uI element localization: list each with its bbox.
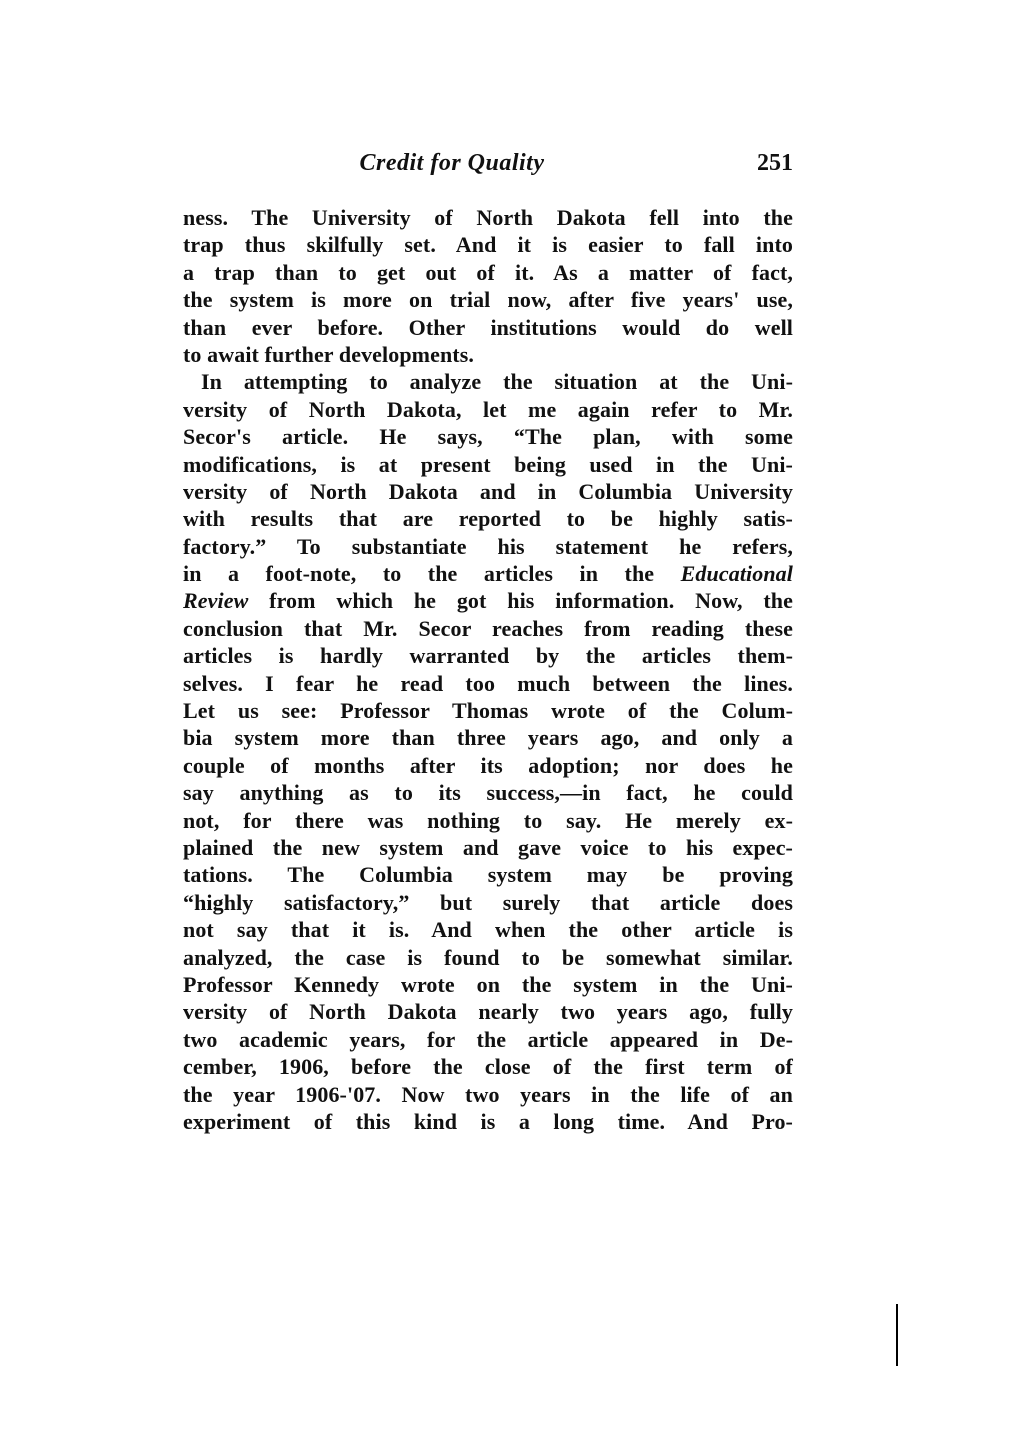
text-run: from which he got his information. Now, … — [248, 588, 793, 613]
text-line: articles is hardly warranted by the arti… — [183, 642, 793, 669]
text-line: than ever before. Other institutions wou… — [183, 314, 793, 341]
text-line: not, for there was nothing to say. He me… — [183, 807, 793, 834]
text-line: conclusion that Mr. Secor reaches from r… — [183, 615, 793, 642]
italic-title: Educational — [681, 561, 793, 586]
text-line: Let us see: Professor Thomas wrote of th… — [183, 697, 793, 724]
text-line: Professor Kennedy wrote on the system in… — [183, 971, 793, 998]
body-text: ness. The University of North Dakota fel… — [183, 204, 793, 1135]
text-run: in a foot-note, to the articles in the — [183, 561, 681, 586]
text-line: versity of North Dakota and in Columbia … — [183, 478, 793, 505]
text-line: versity of North Dakota, let me again re… — [183, 396, 793, 423]
book-page: Credit for Quality 251 ness. The Univers… — [0, 0, 1010, 1454]
text-line: tations. The Columbia system may be prov… — [183, 861, 793, 888]
text-line: two academic years, for the article appe… — [183, 1026, 793, 1053]
running-title: Credit for Quality — [147, 146, 757, 180]
text-line: versity of North Dakota nearly two years… — [183, 998, 793, 1025]
text-line: ness. The University of North Dakota fel… — [183, 204, 793, 231]
text-line: trap thus skilfully set. And it is easie… — [183, 231, 793, 258]
text-line: couple of months after its adoption; nor… — [183, 752, 793, 779]
text-line: selves. I fear he read too much between … — [183, 670, 793, 697]
text-line: with results that are reported to be hig… — [183, 505, 793, 532]
text-line: analyzed, the case is found to be somewh… — [183, 944, 793, 971]
text-line: say anything as to its success,—in fact,… — [183, 779, 793, 806]
margin-rule — [896, 1304, 898, 1366]
text-line: “highly satisfactory,” but surely that a… — [183, 889, 793, 916]
text-line: plained the new system and gave voice to… — [183, 834, 793, 861]
text-line: in a foot-note, to the articles in the E… — [183, 560, 793, 587]
text-line: experiment of this kind is a long time. … — [183, 1108, 793, 1135]
text-line: Review from which he got his information… — [183, 587, 793, 614]
text-line: a trap than to get out of it. As a matte… — [183, 259, 793, 286]
text-line: cember, 1906, before the close of the fi… — [183, 1053, 793, 1080]
running-head: Credit for Quality 251 — [183, 146, 793, 180]
text-line: not say that it is. And when the other a… — [183, 916, 793, 943]
text-line: to await further developments. — [183, 341, 793, 368]
text-line: In attempting to analyze the situation a… — [183, 368, 793, 395]
italic-title: Review — [183, 588, 248, 613]
text-line: factory.” To substantiate his statement … — [183, 533, 793, 560]
text-line: bia system more than three years ago, an… — [183, 724, 793, 751]
text-line: the system is more on trial now, after f… — [183, 286, 793, 313]
text-line: Secor's article. He says, “The plan, wit… — [183, 423, 793, 450]
page-number: 251 — [757, 146, 793, 180]
text-line: modifications, is at present being used … — [183, 451, 793, 478]
text-line: the year 1906-'07. Now two years in the … — [183, 1081, 793, 1108]
